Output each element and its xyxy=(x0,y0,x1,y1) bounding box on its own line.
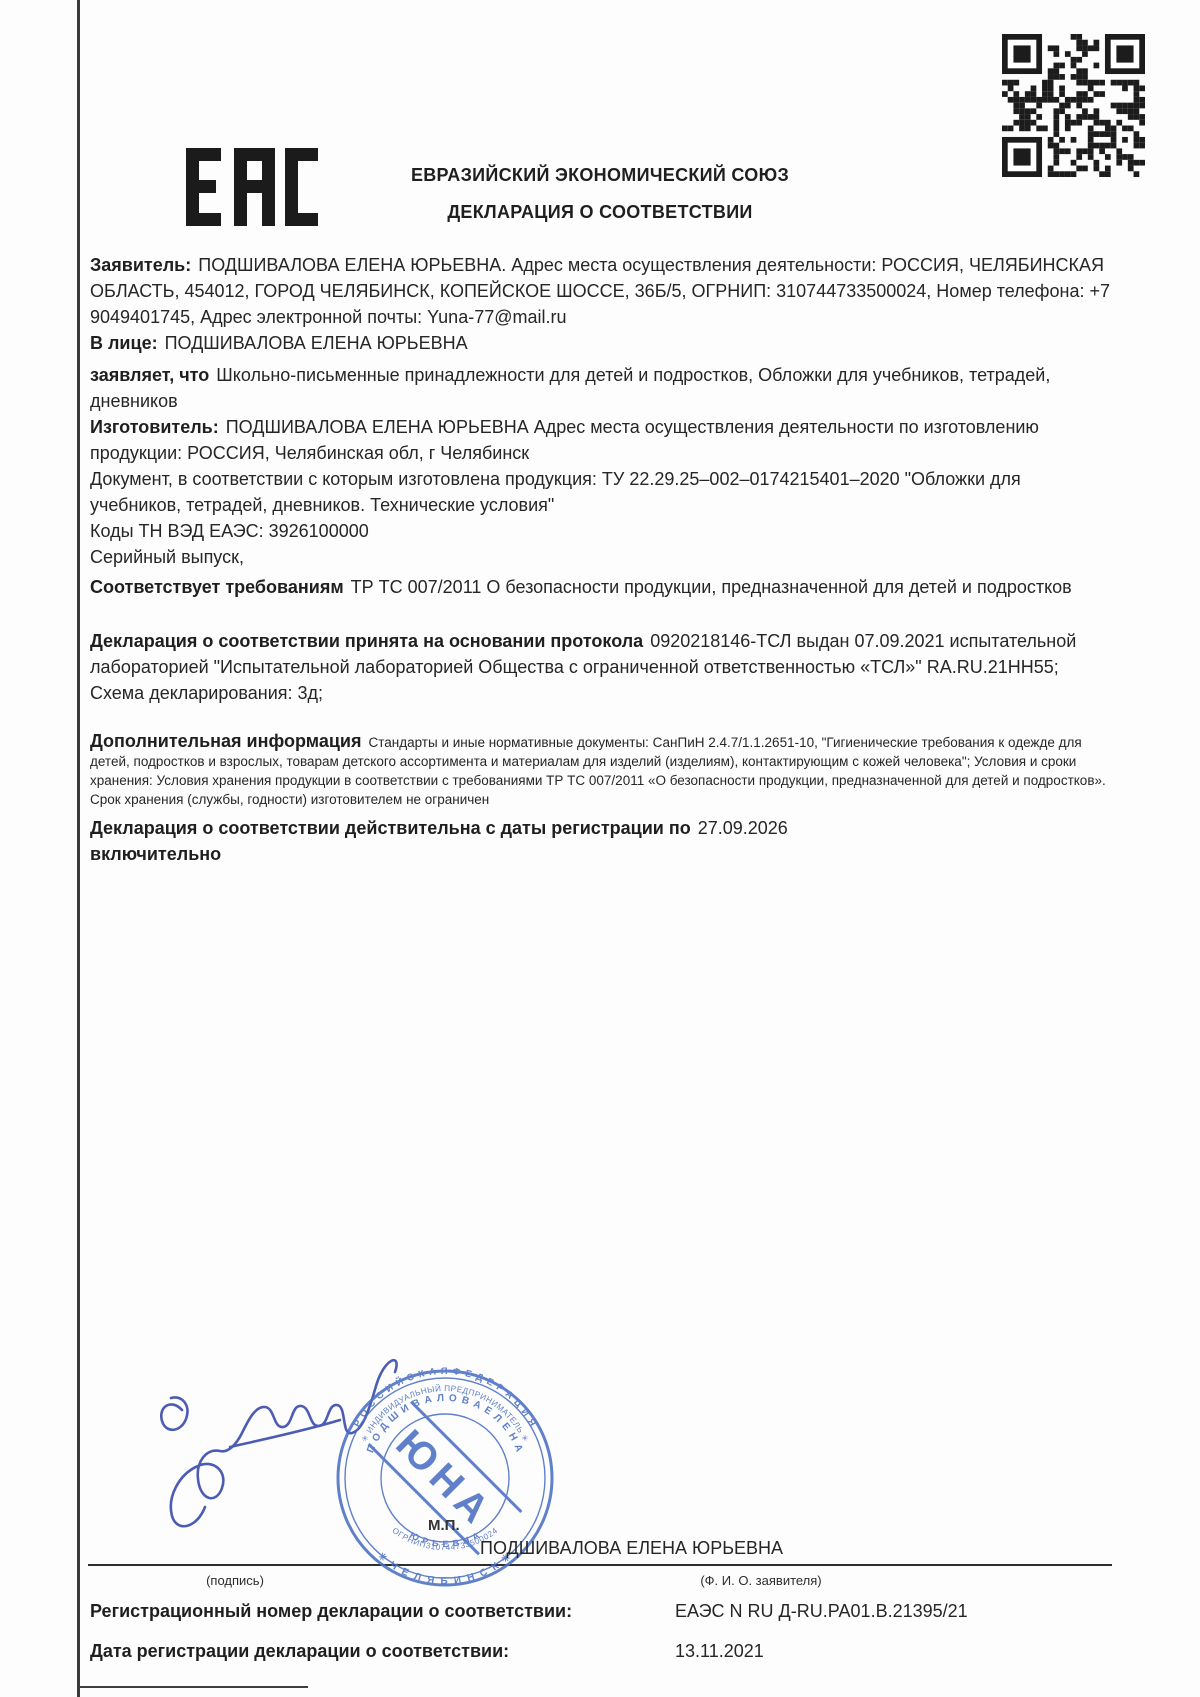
fio-caption: (Ф. И. О. заявителя) xyxy=(638,1573,884,1588)
declaration-title: ДЕКЛАРАЦИЯ О СООТВЕТСТВИИ xyxy=(90,202,1110,223)
validity-date: 27.09.2026 xyxy=(698,818,788,838)
complies-label: Соответствует требованиям xyxy=(90,577,344,597)
registration-date-label: Дата регистрации декларации о соответств… xyxy=(90,1641,509,1662)
mp-seal-label: М.П. xyxy=(428,1517,460,1534)
applicant-paragraph: Заявитель:ПОДШИВАЛОВА ЕЛЕНА ЮРЬЕВНА. Адр… xyxy=(90,252,1112,330)
complies-text: ТР ТС 007/2011 О безопасности продукции,… xyxy=(351,577,1072,597)
union-title: ЕВРАЗИЙСКИЙ ЭКОНОМИЧЕСКИЙ СОЮЗ xyxy=(90,165,1110,186)
applicant-fio-name: ПОДШИВАЛОВА ЕЛЕНА ЮРЬЕВНА xyxy=(480,1538,783,1559)
manufacturer-paragraph: Изготовитель:ПОДШИВАЛОВА ЕЛЕНА ЮРЬЕВНА А… xyxy=(90,414,1112,466)
applicant-text: ПОДШИВАЛОВА ЕЛЕНА ЮРЬЕВНА. Адрес места о… xyxy=(90,255,1110,327)
complies-paragraph: Соответствует требованиямТР ТС 007/2011 … xyxy=(90,574,1112,600)
stamp-ring-mid-top: ✳ ИНДИВИДУАЛЬНЫЙ ПРЕДПРИНИМАТЕЛЬ ✳ xyxy=(360,1382,530,1443)
validity-paragraph: Декларация о соответствии действительна … xyxy=(90,815,1112,867)
signature-caption: (подпись) xyxy=(150,1573,320,1588)
declares-paragraph: заявляет, чтоШкольно-письменные принадле… xyxy=(90,362,1112,414)
manufacturer-text: ПОДШИВАЛОВА ЕЛЕНА ЮРЬЕВНА Адрес места ос… xyxy=(90,417,1039,463)
handwritten-signature xyxy=(161,1360,396,1526)
scan-edge-artifact xyxy=(77,0,80,1697)
registration-number-value: ЕАЭС N RU Д-RU.РА01.В.21395/21 xyxy=(675,1601,968,1622)
basis-label: Декларация о соответствии принята на осн… xyxy=(90,631,643,651)
in-person-text: ПОДШИВАЛОВА ЕЛЕНА ЮРЬЕВНА xyxy=(165,333,468,353)
in-person-paragraph: В лице:ПОДШИВАЛОВА ЕЛЕНА ЮРЬЕВНА xyxy=(90,330,1112,356)
applicant-label: Заявитель: xyxy=(90,255,191,275)
stamp-ring-name: П О Д Ш И В А Л О В А Е Л Е Н А xyxy=(365,1393,525,1455)
declares-text: Школьно-письменные принадлежности для де… xyxy=(90,365,1050,411)
document-body: Заявитель:ПОДШИВАЛОВА ЕЛЕНА ЮРЬЕВНА. Адр… xyxy=(90,252,1112,867)
product-document-line: Документ, в соответствии с которым изгот… xyxy=(90,466,1112,518)
validity-tail: включительно xyxy=(90,844,221,864)
registration-date-value: 13.11.2021 xyxy=(675,1641,764,1662)
additional-info-paragraph: Дополнительная информацияСтандарты и ины… xyxy=(90,732,1112,809)
svg-text:Р О С С И Й С К А Я Ф Е Д Е: Р О С С И Й С К А Я Ф Е Д Е Р А Ц И Я xyxy=(352,1366,539,1429)
additional-info-label: Дополнительная информация xyxy=(90,731,361,751)
svg-text:П О Д Ш И В А Л О В А Е Л Е Н: П О Д Ш И В А Л О В А Е Л Е Н А xyxy=(365,1393,525,1455)
registration-number-label: Регистрационный номер декларации о соотв… xyxy=(90,1601,572,1622)
qr-code xyxy=(1002,34,1145,177)
scan-bottom-artifact xyxy=(80,1686,308,1688)
signature-line xyxy=(88,1564,1112,1566)
validity-label: Декларация о соответствии действительна … xyxy=(90,818,691,838)
declaration-document: ЕВРАЗИЙСКИЙ ЭКОНОМИЧЕСКИЙ СОЮЗ ДЕКЛАРАЦИ… xyxy=(0,0,1200,1697)
stamp-ring-outer-top: Р О С С И Й С К А Я Ф Е Д Е Р А Ц И Я xyxy=(352,1366,539,1429)
in-person-label: В лице: xyxy=(90,333,158,353)
basis-paragraph: Декларация о соответствии принята на осн… xyxy=(90,628,1112,706)
manufacturer-label: Изготовитель: xyxy=(90,417,219,437)
svg-text:✳ ИНДИВИДУАЛЬНЫЙ ПРЕДПРИНИМАТЕ: ✳ ИНДИВИДУАЛЬНЫЙ ПРЕДПРИНИМАТЕЛЬ ✳ xyxy=(360,1382,530,1443)
declares-label: заявляет, что xyxy=(90,365,209,385)
serial-line: Серийный выпуск, xyxy=(90,544,1112,570)
tnved-line: Коды ТН ВЭД ЕАЭС: 3926100000 xyxy=(90,518,1112,544)
